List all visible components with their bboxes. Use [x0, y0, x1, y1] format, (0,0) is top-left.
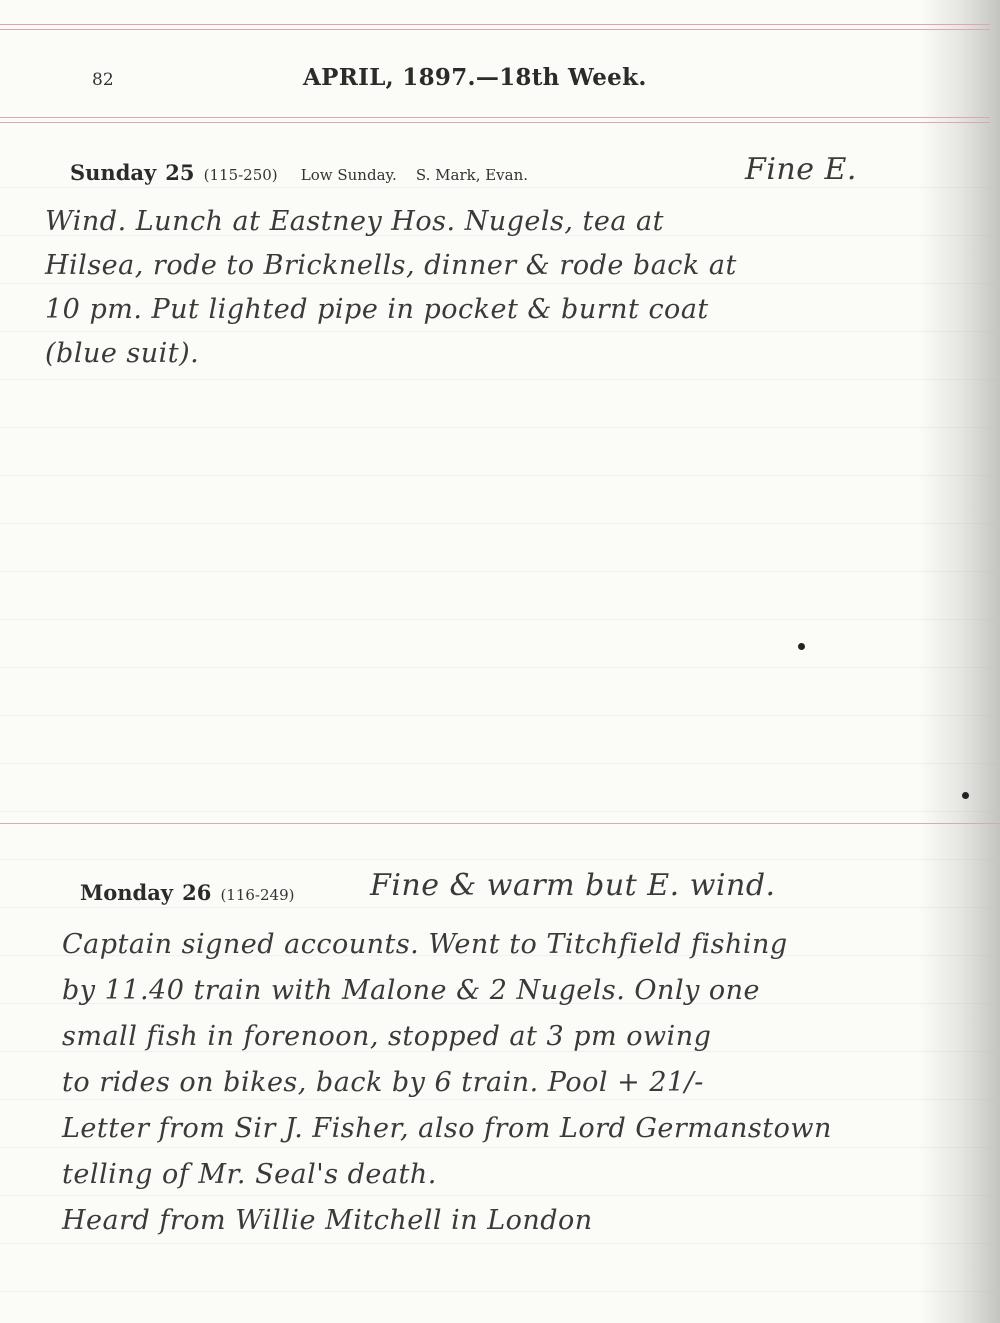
diary-page: 82 APRIL, 1897.—18th Week. Sunday 25 (11…: [0, 0, 1000, 1323]
handwritten-line: Letter from Sir J. Fisher, also from Lor…: [62, 1106, 832, 1152]
feast-label: Low Sunday.: [301, 166, 397, 184]
page-title: APRIL, 1897.—18th Week.: [303, 64, 647, 91]
handwritten-line: telling of Mr. Seal's death.: [62, 1152, 832, 1198]
handwritten-line: small fish in forenoon, stopped at 3 pm …: [62, 1014, 832, 1060]
day-count: (115-250): [204, 166, 278, 184]
handwritten-line: by 11.40 train with Malone & 2 Nugels. O…: [62, 968, 832, 1014]
day-divider-rule: [0, 823, 1000, 824]
day-number: 25: [165, 160, 194, 185]
monday-heading: Monday 26 (116-249): [80, 880, 294, 905]
sunday-handwritten-entry: Wind. Lunch at Eastney Hos. Nugels, tea …: [45, 200, 737, 376]
handwritten-line: Wind. Lunch at Eastney Hos. Nugels, tea …: [45, 200, 737, 244]
top-double-rule: [0, 24, 990, 30]
handwritten-line: Heard from Willie Mitchell in London: [62, 1198, 832, 1244]
handwritten-line: Captain signed accounts. Went to Titchfi…: [62, 922, 832, 968]
sunday-heading: Sunday 25 (115-250) Low Sunday. S. Mark,…: [70, 160, 528, 185]
handwritten-line: to rides on bikes, back by 6 train. Pool…: [62, 1060, 832, 1106]
handwritten-line: Hilsea, rode to Bricknells, dinner & rod…: [45, 244, 737, 288]
day-count: (116-249): [220, 886, 294, 904]
ink-spot: [798, 643, 805, 650]
day-name: Sunday: [70, 160, 156, 185]
monday-handwritten-weather: Fine & warm but E. wind.: [370, 868, 776, 903]
ink-spot: [962, 792, 969, 799]
handwritten-line: (blue suit).: [45, 332, 737, 376]
sunday-handwritten-weather: Fine E.: [745, 152, 857, 187]
day-name: Monday: [80, 880, 173, 905]
handwritten-line: 10 pm. Put lighted pipe in pocket & burn…: [45, 288, 737, 332]
saint-label: S. Mark, Evan.: [416, 166, 528, 184]
day-number: 26: [182, 880, 211, 905]
page-number: 82: [92, 70, 114, 90]
monday-handwritten-entry: Captain signed accounts. Went to Titchfi…: [62, 922, 832, 1244]
header-double-rule: [0, 117, 990, 123]
